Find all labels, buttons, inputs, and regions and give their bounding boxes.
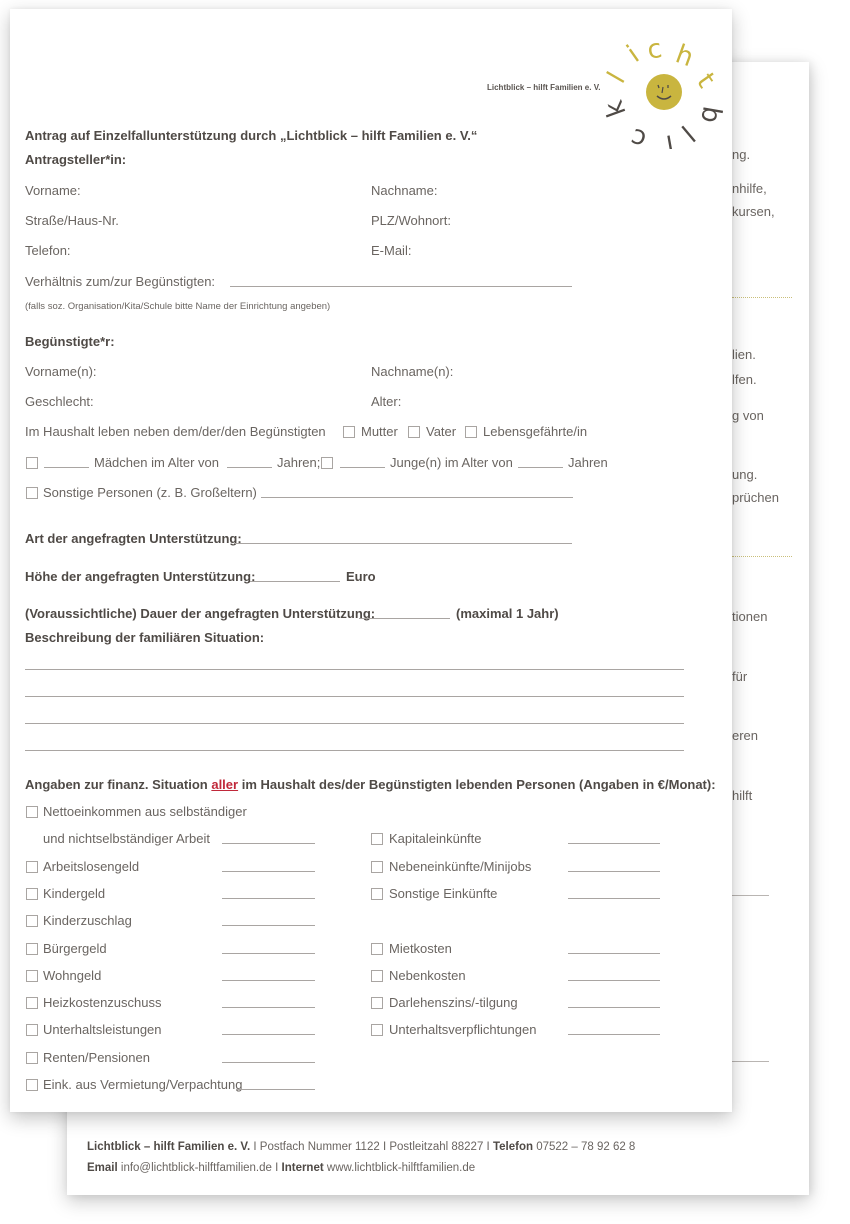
support-amount-label: Höhe der angefragten Unterstützung: (25, 569, 255, 584)
back-text-fragment: hilft (732, 788, 752, 803)
finance-amount-field[interactable] (222, 1062, 315, 1063)
svg-text:l: l (602, 67, 632, 88)
finance-amount-field[interactable] (222, 1034, 315, 1035)
finance-checkbox[interactable] (26, 915, 38, 927)
svg-text:c: c (627, 122, 651, 149)
lichtblick-logo-icon: l i c h t b l i c k (602, 29, 732, 149)
applicant-heading: Antragsteller*in: (25, 152, 126, 167)
finance-item-label: Wohngeld (43, 968, 101, 983)
finance-item-label: Bürgergeld (43, 941, 107, 956)
back-text-fragment: lfen. (732, 372, 757, 387)
finance-amount-field[interactable] (222, 871, 315, 872)
finance-checkbox[interactable] (26, 943, 38, 955)
max-duration-note: (maximal 1 Jahr) (456, 606, 559, 621)
finance-checkbox[interactable] (371, 943, 383, 955)
finance-checkbox[interactable] (371, 888, 383, 900)
support-amount-field[interactable] (250, 581, 340, 582)
applicant-nachname-label: Nachname: (371, 183, 437, 198)
footer-line-1: Lichtblick – hilft Familien e. V. I Post… (87, 1137, 635, 1158)
svg-text:k: k (602, 96, 633, 120)
finance-item-label: Nebenkosten (389, 968, 466, 983)
svg-text:c: c (645, 34, 664, 66)
finance-item-label: Unterhaltsleistungen (43, 1022, 162, 1037)
finance-checkbox[interactable] (371, 861, 383, 873)
form-title: Antrag auf Einzelfallunterstützung durch… (25, 128, 477, 143)
finance-item-label: Sonstige Einkünfte (389, 886, 497, 901)
family-situation-line[interactable] (25, 696, 684, 697)
finance-item-label: Kinderzuschlag (43, 913, 132, 928)
back-text-fragment: kursen, (732, 204, 775, 219)
finance-item-label: Eink. aus Vermietung/Verpachtung (43, 1077, 242, 1092)
finance-amount-field[interactable] (568, 898, 660, 899)
finance-amount-field[interactable] (568, 1007, 660, 1008)
mutter-label: Mutter (361, 424, 398, 439)
applicant-relation-label: Verhältnis zum/zur Begünstigten: (25, 274, 215, 289)
svg-text:t: t (690, 68, 720, 94)
sonstige-personen-label: Sonstige Personen (z. B. Großeltern) (43, 485, 257, 500)
finance-item-label: Arbeitslosengeld (43, 859, 139, 874)
back-text-fragment: ng. (732, 147, 750, 162)
back-divider (732, 556, 792, 557)
finance-item-label: Kindergeld (43, 886, 105, 901)
beneficiary-heading: Begünstigte*r: (25, 334, 115, 349)
back-text-fragment: ung. (732, 467, 757, 482)
svg-text:i: i (622, 40, 645, 69)
support-type-field[interactable] (235, 543, 572, 544)
beneficiary-alter-label: Alter: (371, 394, 401, 409)
finance-amount-field[interactable] (222, 898, 315, 899)
finance-checkbox[interactable] (26, 1079, 38, 1091)
finance-checkbox[interactable] (26, 806, 38, 818)
finance-checkbox[interactable] (26, 997, 38, 1009)
finance-amount-field[interactable] (568, 953, 660, 954)
finance-item-label: Kapitaleinkünfte (389, 831, 482, 846)
footer: Lichtblick – hilft Familien e. V. I Post… (87, 1137, 635, 1179)
jungen-label: Junge(n) im Alter von (390, 455, 513, 470)
finance-amount-field[interactable] (222, 1007, 315, 1008)
back-divider (732, 297, 792, 298)
finance-checkbox[interactable] (371, 970, 383, 982)
vater-checkbox[interactable] (408, 426, 420, 438)
mutter-checkbox[interactable] (343, 426, 355, 438)
applicant-vorname-label: Vorname: (25, 183, 81, 198)
beneficiary-geschlecht-label: Geschlecht: (25, 394, 94, 409)
jungen-checkbox[interactable] (321, 457, 333, 469)
applicant-relation-field[interactable] (230, 286, 572, 287)
finance-item-label: und nichtselbständiger Arbeit (43, 831, 210, 846)
jungen-age-field[interactable] (518, 467, 563, 468)
back-text-fragment: prüchen (732, 490, 779, 505)
svg-text:i: i (664, 128, 676, 149)
maedchen-count-field[interactable] (44, 467, 89, 468)
jahren-label: Jahren (568, 455, 608, 470)
finance-heading-emphasis: aller (211, 777, 238, 792)
partner-checkbox[interactable] (465, 426, 477, 438)
back-text-fragment: für (732, 669, 747, 684)
back-text-fragment: nhilfe, (732, 181, 767, 196)
svg-text:h: h (672, 39, 698, 73)
finance-amount-field[interactable] (222, 925, 315, 926)
finance-item-label: Unterhaltsverpflichtungen (389, 1022, 536, 1037)
finance-amount-field[interactable] (568, 871, 660, 872)
svg-text:l: l (675, 119, 700, 147)
finance-amount-field[interactable] (222, 843, 315, 844)
back-text-fragment: lien. (732, 347, 756, 362)
finance-amount-field[interactable] (568, 1034, 660, 1035)
partner-label: Lebensgefährte/in (483, 424, 587, 439)
family-situation-line[interactable] (25, 669, 684, 670)
sonstige-personen-field[interactable] (261, 497, 573, 498)
finance-item-label: Nebeneinkünfte/Minijobs (389, 859, 531, 874)
support-type-label: Art der angefragten Unterstützung: (25, 531, 242, 546)
footer-website[interactable]: www.lichtblick-hilftfamilien.de (327, 1162, 475, 1174)
svg-text:b: b (694, 104, 726, 125)
footer-line-2: Email info@lichtblick-hilftfamilien.de I… (87, 1158, 635, 1179)
maedchen-checkbox[interactable] (26, 457, 38, 469)
applicant-telefon-label: Telefon: (25, 243, 71, 258)
back-text-fragment: tionen (732, 609, 767, 624)
euro-label: Euro (346, 569, 376, 584)
maedchen-label: Mädchen im Alter von (94, 455, 219, 470)
applicant-strasse-label: Straße/Haus-Nr. (25, 213, 119, 228)
applicant-relation-note: (falls soz. Organisation/Kita/Schule bit… (25, 301, 330, 312)
applicant-email-label: E-Mail: (371, 243, 411, 258)
back-text-fragment: g von (732, 408, 764, 423)
finance-checkbox[interactable] (371, 997, 383, 1009)
beneficiary-nachname-label: Nachname(n): (371, 364, 453, 379)
front-page: Lichtblick – hilft Familien e. V. l i c … (10, 9, 732, 1112)
maedchen-age-field[interactable] (227, 467, 272, 468)
org-name-header: Lichtblick – hilft Familien e. V. (487, 83, 601, 92)
finance-amount-field[interactable] (222, 953, 315, 954)
household-intro-label: Im Haushalt leben neben dem/der/den Begü… (25, 424, 326, 439)
finance-item-label: Renten/Pensionen (43, 1050, 150, 1065)
footer-email[interactable]: info@lichtblick-hilftfamilien.de (121, 1162, 272, 1174)
footer-phone: 07522 – 78 92 62 8 (536, 1141, 635, 1153)
finance-amount-field[interactable] (236, 1089, 315, 1090)
back-underline (732, 1061, 769, 1062)
finance-checkbox[interactable] (371, 1024, 383, 1036)
support-duration-field[interactable] (359, 618, 450, 619)
finance-checkbox[interactable] (26, 861, 38, 873)
finance-amount-field[interactable] (568, 980, 660, 981)
beneficiary-vorname-label: Vorname(n): (25, 364, 97, 379)
back-underline (732, 895, 769, 896)
vater-label: Vater (426, 424, 456, 439)
back-text-fragment: eren (732, 728, 758, 743)
finance-checkbox[interactable] (26, 888, 38, 900)
finance-amount-field[interactable] (568, 843, 660, 844)
family-situation-line[interactable] (25, 750, 684, 751)
finance-checkbox[interactable] (26, 970, 38, 982)
family-situation-label: Beschreibung der familiären Situation: (25, 630, 264, 645)
sonstige-personen-checkbox[interactable] (26, 487, 38, 499)
finance-checkbox[interactable] (371, 833, 383, 845)
finance-amount-field[interactable] (222, 980, 315, 981)
finance-item-label: Nettoeinkommen aus selbständiger (43, 804, 247, 819)
finance-item-label: Darlehenszins/-tilgung (389, 995, 518, 1010)
finance-heading: Angaben zur finanz. Situation aller im H… (25, 777, 716, 792)
finance-checkbox[interactable] (26, 1052, 38, 1064)
jahren-label: Jahren; (277, 455, 320, 470)
finance-item-label: Mietkosten (389, 941, 452, 956)
support-duration-label: (Voraussichtliche) Dauer der angefragten… (25, 606, 375, 621)
family-situation-line[interactable] (25, 723, 684, 724)
jungen-count-field[interactable] (340, 467, 385, 468)
applicant-plz-label: PLZ/Wohnort: (371, 213, 451, 228)
finance-checkbox[interactable] (26, 1024, 38, 1036)
finance-item-label: Heizkostenzuschuss (43, 995, 162, 1010)
